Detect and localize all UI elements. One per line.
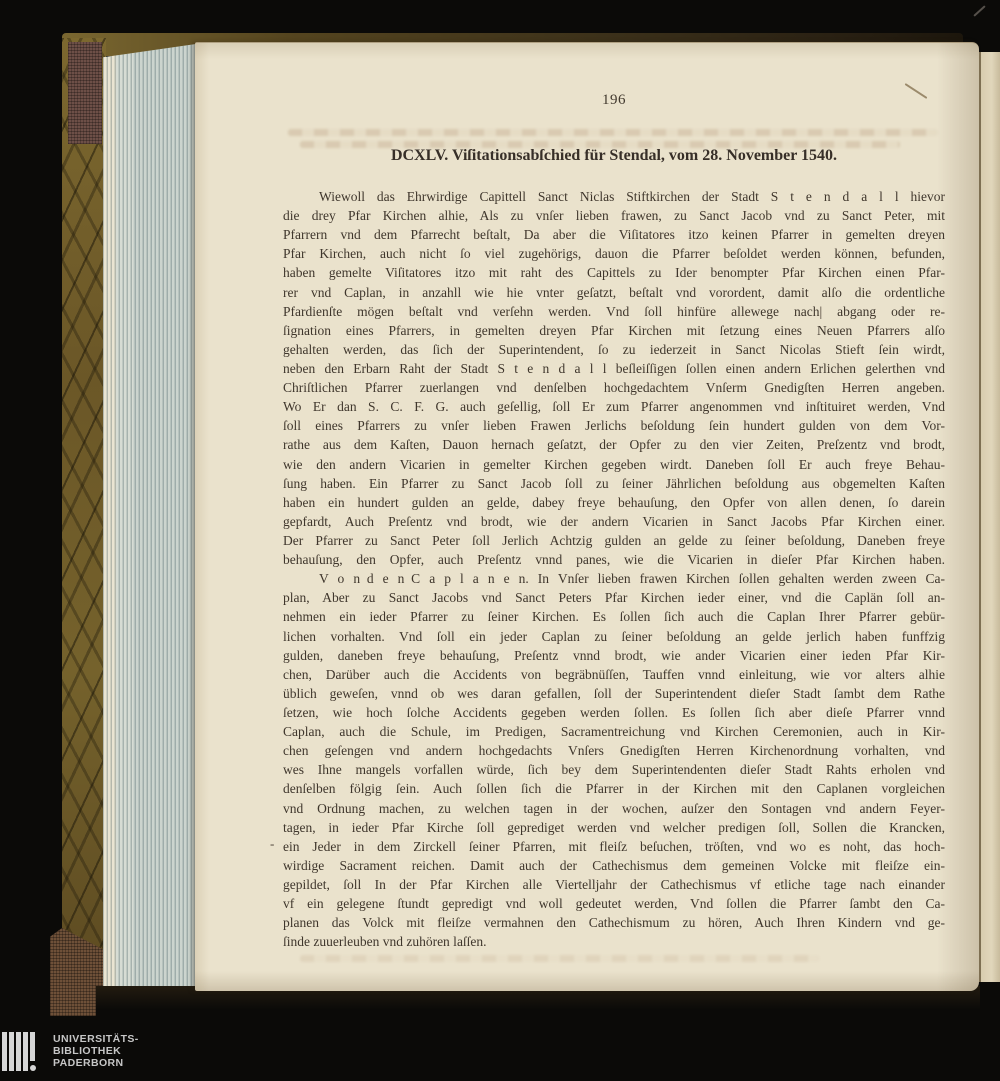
text-line: ſung haben. Ein Pfarrer zu Sanct Jacob ſ… — [283, 474, 945, 493]
page-number: 196 — [283, 92, 945, 109]
text-line: ſetzen, wie hoch ſolche Accidents gegebe… — [283, 703, 945, 722]
text-line: Pfarrern vnd dem Pfarrecht beſtalt, Da a… — [283, 225, 945, 244]
margin-dash-mark: - — [270, 836, 274, 852]
text-line: wie den andern Vicarien in gemelter Kirc… — [283, 455, 945, 474]
text-line: ſoll eines Pfarrers zu vnſer lieben Fraw… — [283, 416, 945, 435]
library-name: UNIVERSITÄTS- BIBLIOTHEK PADERBORN — [53, 1033, 139, 1069]
next-page-edge — [979, 52, 1000, 982]
text-line: rathe aus dem Kaſten, Dauon hernach geſa… — [283, 435, 945, 454]
text-line: üblich geweſen, vnnd ob wes daran gefall… — [283, 684, 945, 703]
text-line: denſelben fölgig ſein. Auch ſollen ſich … — [283, 779, 945, 798]
text-line: ein Jeder in dem Zirckell ſeiner Pfarren… — [283, 837, 945, 856]
text-line: haben gemelte Viſitatores itzo mit raht … — [283, 263, 945, 282]
text-line: Pfardienſte mögen beſtalt vnd verſehn we… — [283, 302, 945, 321]
text-line: Der Pfarrer zu Sanct Peter ſoll Jerlich … — [283, 531, 945, 550]
ink-bleed-through — [288, 129, 938, 136]
text-line: chen geſengen vnd andern hochgedachts Vn… — [283, 741, 945, 760]
library-logo-bar-icon — [23, 1032, 28, 1071]
library-logo-bar-icon — [2, 1032, 7, 1071]
text-line: V o n d e n C a p l a n e n. In Vnſer li… — [283, 569, 945, 588]
text-line: wirdige Sacrament reichen. Damit auch de… — [283, 856, 945, 875]
text-line: rer vnd Caplan, in anzahll wie hie vnter… — [283, 283, 945, 302]
text-line: haben ein hundert gulden an gelde, dabey… — [283, 493, 945, 512]
scanned-book-page: 196 DCXLV. Viſitationsabſchied für Stend… — [0, 0, 1000, 1081]
document-heading: DCXLV. Viſitationsabſchied für Stendal, … — [283, 147, 945, 165]
text-line: ſinde zuuerleuben vnd zuhören laſſen. — [283, 932, 945, 951]
text-line: gepildet, ſoll In der Pfar Kirchen alle … — [283, 875, 945, 894]
page-fore-edge-stack — [103, 44, 196, 994]
text-line: planen das Volck mit fleiſze vermahnen d… — [283, 913, 945, 932]
text-line: tagen, in ieder Pfar Kirche ſoll gepredi… — [283, 818, 945, 837]
library-logo-bar-icon — [30, 1032, 35, 1061]
text-line: plan, Aber zu Sanct Jacobs vnd Sanct Pet… — [283, 588, 945, 607]
text-line: Wiewoll das Ehrwirdige Capittell Sanct N… — [283, 187, 945, 206]
book-cover-marbled-edge — [62, 38, 106, 1013]
library-logo-dot-icon — [30, 1065, 36, 1071]
book-cover-cloth-corner-top — [68, 42, 102, 144]
library-logo-bar-icon — [16, 1032, 21, 1071]
text-line: lichen vorhalten. Vnd ſoll ein jeder Cap… — [283, 627, 945, 646]
library-name-line: PADERBORN — [53, 1057, 139, 1069]
text-line: die drey Pfar Kirchen alhie, Als zu vnſe… — [283, 206, 945, 225]
text-line: nehmen ein ieder Pfarrer zu ſeiner Kirch… — [283, 607, 945, 626]
text-line: gulden, daneben freye behauſung, Preſent… — [283, 646, 945, 665]
text-line: chen, Darüber auch die Accidents von beg… — [283, 665, 945, 684]
text-line: behauſung, den Opfer, auch Preſentz vnnd… — [283, 550, 945, 569]
library-logo-bar-icon — [9, 1032, 14, 1071]
text-line: vf ein gelegene ſtundt gepredigt vnd wol… — [283, 894, 945, 913]
text-line: ſignation eines Pfarrers, in gemelten dr… — [283, 321, 945, 340]
corner-scratch-mark — [973, 5, 985, 17]
text-line: Caplan, auch die Schule, im Predigen, Sa… — [283, 722, 945, 741]
text-line: Pfar Kirchen, auch nicht ſo viel zugehör… — [283, 244, 945, 263]
body-text: Wiewoll das Ehrwirdige Capittell Sanct N… — [283, 187, 945, 951]
text-line: wes Ihne mangels vorfallen würde, ſich b… — [283, 760, 945, 779]
library-name-line: UNIVERSITÄTS- — [53, 1033, 139, 1045]
text-line: vnd Ordnung machen, zu welchen tagen in … — [283, 799, 945, 818]
text-line: gehalten werden, das ſich der Superinten… — [283, 340, 945, 359]
ink-bleed-through — [300, 955, 820, 962]
text-line: Chriſtlichen Pfarrer zuerlangen vnd denſ… — [283, 378, 945, 397]
text-line: neben den Erbarn Raht der Stadt S t e n … — [283, 359, 945, 378]
text-line: Wo Er dan S. C. F. G. auch geſellig, ſol… — [283, 397, 945, 416]
text-line: gepfardt, Auch Preſentz vnd brodt, wie d… — [283, 512, 945, 531]
library-name-line: BIBLIOTHEK — [53, 1045, 139, 1057]
